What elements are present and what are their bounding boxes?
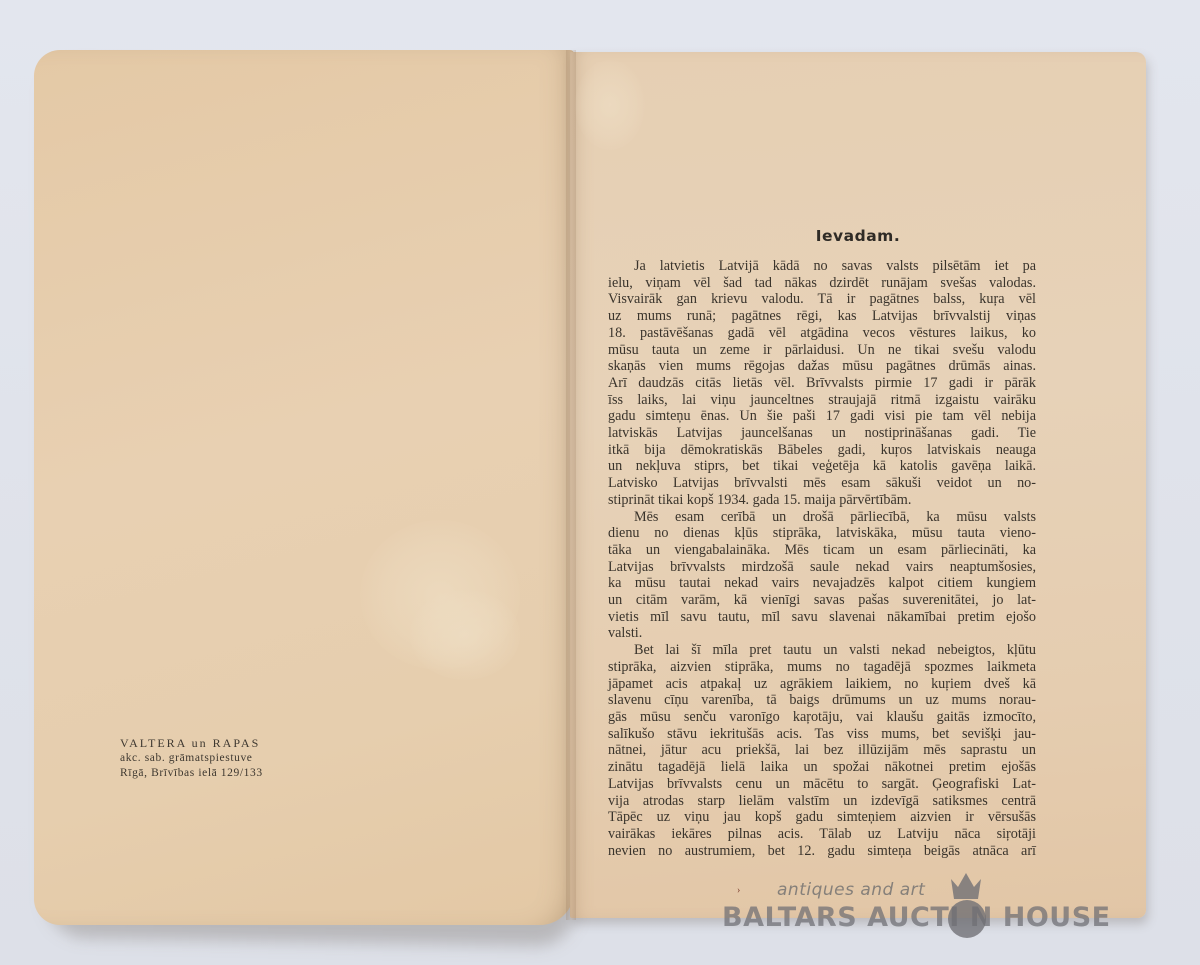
text-line: vija atrodas starp lielām valstīm un izd… bbox=[608, 793, 1036, 810]
imprint-line-3: Rīgā, Brīvības ielā 129/133 bbox=[120, 766, 263, 781]
paper-stain bbox=[410, 590, 520, 680]
watermark: antiques and art BALTARS AUCTI N HOUSE bbox=[722, 868, 1142, 948]
text-line: mūsu tauta un zeme ir pārlaidusi. Un ne … bbox=[608, 342, 1036, 359]
text-line: vairākas iekāres pilnas acis. Tālab uz L… bbox=[608, 826, 1036, 843]
book-spine bbox=[566, 50, 576, 920]
imprint-line-1: VALTERA un RAPAS bbox=[120, 736, 263, 751]
crown-icon bbox=[949, 873, 983, 899]
text-line: stiprāka, aizvien stiprāka, mums no taga… bbox=[608, 659, 1036, 676]
paper-stain bbox=[575, 60, 645, 150]
text-line: stiprināt tikai kopš 1934. gada 15. maij… bbox=[608, 492, 1036, 509]
text-line: Latvijas brīvvalsts cenu un mācētu to sa… bbox=[608, 776, 1036, 793]
watermark-brand: BALTARS AUCTI N HOUSE bbox=[722, 902, 1111, 933]
text-line: valsti. bbox=[608, 625, 1036, 642]
text-line: uz mums runā; pagātnes rēgi, kas Latvija… bbox=[608, 308, 1036, 325]
text-line: un nekļuva stiprs, bet tikai veģetēja kā… bbox=[608, 458, 1036, 475]
text-line: zinātu tagadējā lielā laika un spožai nā… bbox=[608, 759, 1036, 776]
text-line: nevien no austrumiem, bet 12. gadu simte… bbox=[608, 843, 1036, 860]
text-line: un citām varām, kā vienīgi savas pašas s… bbox=[608, 592, 1036, 609]
page-heading: Ievadam. bbox=[570, 227, 1146, 245]
watermark-tagline: antiques and art bbox=[777, 880, 925, 900]
text-line: jāpamet acis atpakaļ uz agrākiem laikiem… bbox=[608, 676, 1036, 693]
printer-imprint: VALTERA un RAPAS akc. sab. grāmatspiestu… bbox=[120, 736, 263, 781]
text-line: Mēs esam cerībā un drošā pārliecībā, ka … bbox=[608, 509, 1036, 526]
text-line: Bet lai šī mīla pret tautu un valsti nek… bbox=[608, 642, 1036, 659]
text-line: ielu, viņam vēl šad tad nākas dzirdēt ru… bbox=[608, 275, 1036, 292]
text-line: itkā bija dēmokratiskās Bābeles gadi, ku… bbox=[608, 442, 1036, 459]
text-line: Latvisko Latvijas brīvvalsti mēs esam sā… bbox=[608, 475, 1036, 492]
text-line: Arī daudzās citās lietās vēl. Brīvvalsts… bbox=[608, 375, 1036, 392]
text-line: tāka un viengabalaināka. Mēs ticam un es… bbox=[608, 542, 1036, 559]
text-line: ka mūsu tautai nekad vairs nevajadzēs ka… bbox=[608, 575, 1036, 592]
text-line: 18. pastāvēšanas gadā vēl atgādina vecos… bbox=[608, 325, 1036, 342]
text-line: slavenu cīņu varenība, tā baigs drūmums … bbox=[608, 692, 1036, 709]
body-text: Ja latvietis Latvijā kādā no savas valst… bbox=[608, 258, 1036, 859]
text-line: nātnei, jātur acu priekšā, lai bez illūz… bbox=[608, 742, 1036, 759]
text-line: skaņās vien mums rēgojas dažas mūsu pagā… bbox=[608, 358, 1036, 375]
globe-icon bbox=[948, 900, 986, 938]
text-line: dienu no dienas kļūs stiprāka, latviskāk… bbox=[608, 525, 1036, 542]
text-line: īss laiks, lai viņu jaunceltnes straujaj… bbox=[608, 392, 1036, 409]
left-page bbox=[34, 50, 574, 925]
text-line: gās mūsu senču varonīgo kaŗotāju, vai kl… bbox=[608, 709, 1036, 726]
text-line: vietis mīl savu tautu, mīl savu slavenai… bbox=[608, 609, 1036, 626]
text-line: Visvairāk gan krievu valodu. Tā ir pagāt… bbox=[608, 291, 1036, 308]
imprint-line-2: akc. sab. grāmatspiestuve bbox=[120, 751, 263, 766]
text-line: Latvijas brīvvalsts mirdzošā saule nekad… bbox=[608, 559, 1036, 576]
text-line: Tāpēc uz viņu jau kopš gadu simteņiem ai… bbox=[608, 809, 1036, 826]
text-line: latviskās Latvijas jauncelšanas un nosti… bbox=[608, 425, 1036, 442]
text-line: salīkušo stāvu iekritušās acis. Tas viss… bbox=[608, 726, 1036, 743]
text-line: gadu simteņu ēnas. Un šie paši 17 gadi v… bbox=[608, 408, 1036, 425]
text-line: Ja latvietis Latvijā kādā no savas valst… bbox=[608, 258, 1036, 275]
